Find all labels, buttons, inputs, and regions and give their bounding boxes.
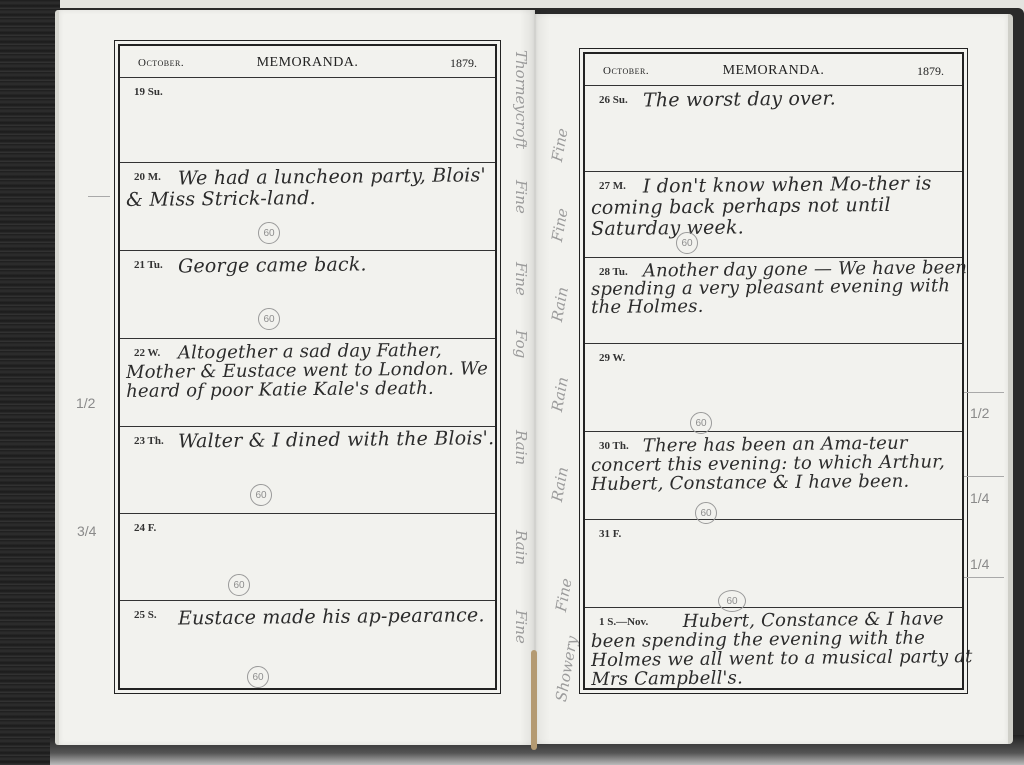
pencil-circled-number: 60 xyxy=(258,308,280,330)
book-binding xyxy=(0,0,60,765)
day-entry-22: 22 W. Altogether a sad day Father, Mothe… xyxy=(120,339,495,427)
day-entry-28: 28 Tu. Another day gone — We have been s… xyxy=(585,258,962,344)
gutter-weather-note: Thorneycroft xyxy=(512,50,530,149)
pencil-circled-number: 60 xyxy=(718,590,746,612)
handwritten-entry: Altogether a sad day Father, Mother & Eu… xyxy=(126,340,510,401)
margin-fraction: 1/2 xyxy=(76,395,95,411)
handwritten-entry: George came back. xyxy=(126,253,509,278)
day-entry-25: 25 S. Eustace made his ap-pearance. xyxy=(120,601,495,688)
day-entry-31: 31 F. xyxy=(585,520,962,608)
left-memoranda-frame: October. MEMORANDA. 1879. 19 Su. 20 M. W… xyxy=(118,44,497,690)
day-entry-20: 20 M. We had a luncheon party, Blois' & … xyxy=(120,163,495,251)
margin-fraction: 1/2 xyxy=(970,405,989,421)
gutter-weather-note: Fine xyxy=(512,262,530,296)
pencil-circled-number: 60 xyxy=(258,222,280,244)
gutter-weather-note: Rain xyxy=(512,530,530,565)
gutter-weather-note: Fog xyxy=(512,330,530,358)
handwritten-entry xyxy=(591,344,976,348)
margin-fraction: 1/4 xyxy=(970,490,989,506)
handwritten-entry: Another day gone — We have been spending… xyxy=(591,259,977,317)
handwritten-entry: The worst day over. xyxy=(591,87,976,112)
handwritten-entry xyxy=(126,514,509,518)
day-entry-nov-1: 1 S.—Nov. Hubert, Constance & I have bee… xyxy=(585,608,962,692)
handwritten-entry: I don't know when Mo-ther is coming back… xyxy=(591,173,977,240)
handwritten-entry: We had a luncheon party, Blois' & Miss S… xyxy=(126,165,509,211)
day-entry-23: 23 Th. Walter & I dined with the Blois'. xyxy=(120,427,495,514)
right-memoranda-frame: October. MEMORANDA. 1879. 26 Su. The wor… xyxy=(583,52,964,690)
day-entry-27: 27 M. I don't know when Mo-ther is comin… xyxy=(585,172,962,258)
header-title: MEMORANDA. xyxy=(585,63,962,79)
pencil-circled-number: 60 xyxy=(690,412,712,434)
gutter-weather-note: Rain xyxy=(512,430,530,465)
handwritten-entry: Walter & I dined with the Blois'. xyxy=(126,428,509,453)
gutter-weather-note: Fine xyxy=(512,180,530,214)
scanned-diary-spread: October. MEMORANDA. 1879. 19 Su. 20 M. W… xyxy=(0,0,1024,765)
pencil-circled-number: 60 xyxy=(228,574,250,596)
day-entry-26: 26 Su. The worst day over. xyxy=(585,86,962,172)
handwritten-entry: Hubert, Constance & I have been spending… xyxy=(591,609,977,689)
handwritten-entry: There has been an Ama-teur concert this … xyxy=(591,433,977,494)
gutter-weather-note: Fine xyxy=(512,610,530,644)
pencil-circled-number: 60 xyxy=(695,502,717,524)
day-label: 19 Su. xyxy=(134,86,163,98)
day-label: 29 W. xyxy=(599,352,625,364)
handwritten-entry xyxy=(126,78,509,82)
header-year: 1879. xyxy=(917,64,944,79)
header-year: 1879. xyxy=(450,56,477,71)
day-entry-29: 29 W. xyxy=(585,344,962,432)
handwritten-entry xyxy=(591,520,976,524)
day-entry-30: 30 Th. There has been an Ama-teur concer… xyxy=(585,432,962,520)
handwritten-entry: Eustace made his ap-pearance. xyxy=(126,605,509,630)
margin-fraction: 3/4 xyxy=(77,523,96,539)
pencil-margin-line xyxy=(964,577,1004,578)
pencil-circled-number: 60 xyxy=(247,666,269,688)
pencil-margin-line xyxy=(964,476,1004,477)
pencil-circled-number: 60 xyxy=(676,232,698,254)
day-entry-21: 21 Tu. George came back. xyxy=(120,251,495,339)
page-header: October. MEMORANDA. 1879. xyxy=(585,54,962,86)
gutter-tear xyxy=(531,650,537,750)
page-header: October. MEMORANDA. 1879. xyxy=(120,46,495,78)
day-label: 31 F. xyxy=(599,528,621,540)
day-entry-24: 24 F. xyxy=(120,514,495,601)
day-label: 24 F. xyxy=(134,522,156,534)
pencil-circled-number: 60 xyxy=(250,484,272,506)
margin-fraction: 1/4 xyxy=(970,556,989,572)
pencil-margin-line xyxy=(964,392,1004,393)
day-entry-19: 19 Su. xyxy=(120,78,495,163)
header-title: MEMORANDA. xyxy=(120,55,495,71)
pencil-margin-line xyxy=(88,196,110,197)
